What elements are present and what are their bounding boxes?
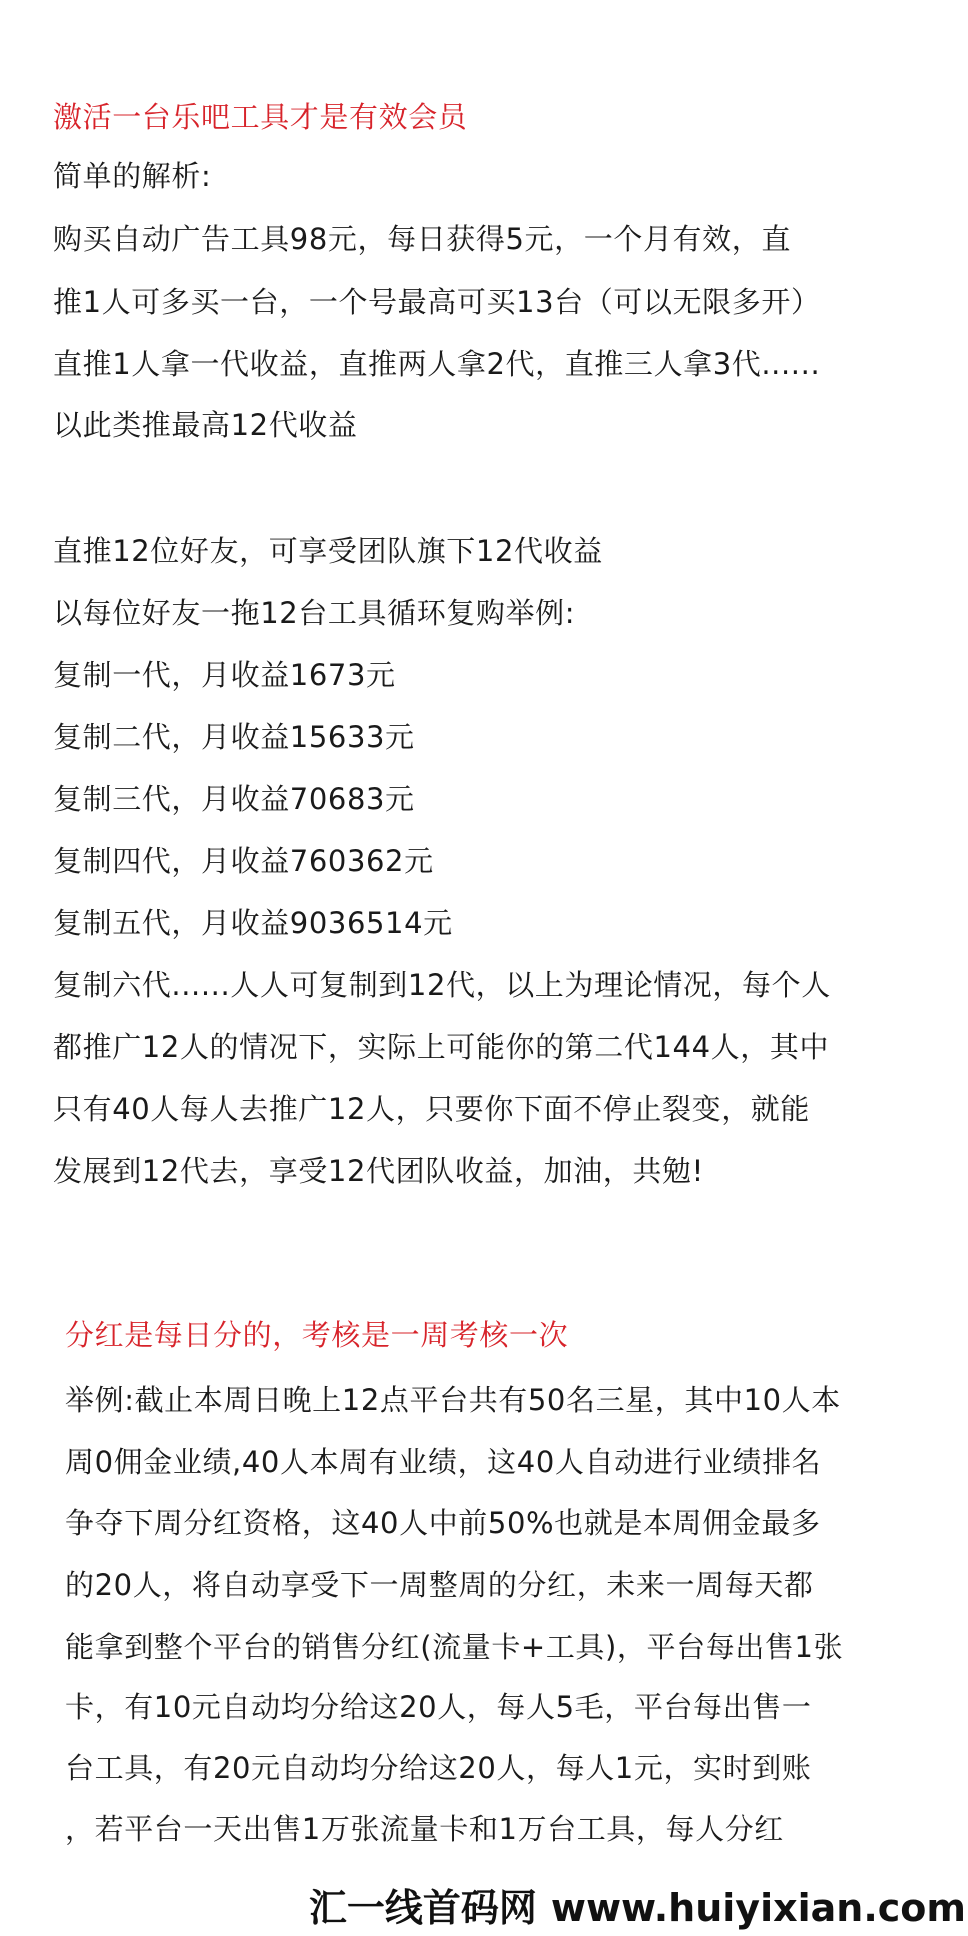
- section1-subheading: 简单的解析:: [53, 159, 211, 193]
- paragraph-line: 举例:截止本周日晚上12点平台共有50名三星，其中10人本: [65, 1383, 841, 1417]
- watermark: 汇一线首码网www.huiyixian.com: [309, 1886, 966, 1930]
- earnings-line: 复制三代，月收益70683元: [53, 782, 415, 816]
- earnings-line: 复制一代，月收益1673元: [53, 658, 396, 692]
- paragraph-line: 直推1人拿一代收益，直推两人拿2代，直推三人拿3代......: [53, 347, 820, 381]
- paragraph-line: 以此类推最高12代收益: [53, 408, 358, 442]
- paragraph-line: 只有40人每人去推广12人，只要你下面不停止裂变，就能: [53, 1092, 810, 1126]
- paragraph-line: 卡，有10元自动均分给这20人，每人5毛，平台每出售一: [65, 1690, 811, 1724]
- paragraph-line: ，若平台一天出售1万张流量卡和1万台工具，每人分红: [65, 1812, 784, 1846]
- earnings-line: 复制五代，月收益9036514元: [53, 906, 453, 940]
- paragraph-line: 台工具，有20元自动均分给这20人，每人1元，实时到账: [65, 1751, 811, 1785]
- section1-heading: 激活一台乐吧工具才是有效会员: [53, 100, 467, 134]
- paragraph-line: 购买自动广告工具98元，每日获得5元，一个月有效，直: [53, 222, 791, 256]
- paragraph-line: 争夺下周分红资格，这40人中前50%也就是本周佣金最多: [65, 1506, 821, 1540]
- watermark-site-name: 汇一线首码网: [309, 1886, 537, 1930]
- watermark-url: www.huiyixian.com: [551, 1886, 966, 1930]
- paragraph-line: 的20人，将自动享受下一周整周的分红，未来一周每天都: [65, 1568, 814, 1602]
- paragraph-line: 能拿到整个平台的销售分红(流量卡+工具)，平台每出售1张: [65, 1630, 843, 1664]
- paragraph-line: 都推广12人的情况下，实际上可能你的第二代144人，其中: [53, 1030, 829, 1064]
- paragraph-line: 周0佣金业绩,40人本周有业绩，这40人自动进行业绩排名: [65, 1445, 821, 1479]
- paragraph-line: 以每位好友一拖12台工具循环复购举例:: [53, 596, 575, 630]
- section2-heading: 分红是每日分的，考核是一周考核一次: [65, 1318, 568, 1352]
- paragraph-line: 发展到12代去，享受12代团队收益，加油，共勉!: [53, 1154, 704, 1188]
- paragraph-line: 复制六代......人人可复制到12代，以上为理论情况，每个人: [53, 968, 831, 1002]
- earnings-line: 复制四代，月收益760362元: [53, 844, 434, 878]
- earnings-line: 复制二代，月收益15633元: [53, 720, 415, 754]
- paragraph-line: 推1人可多买一台，一个号最高可买13台（可以无限多开）: [53, 285, 821, 319]
- paragraph-line: 直推12位好友，可享受团队旗下12代收益: [53, 534, 603, 568]
